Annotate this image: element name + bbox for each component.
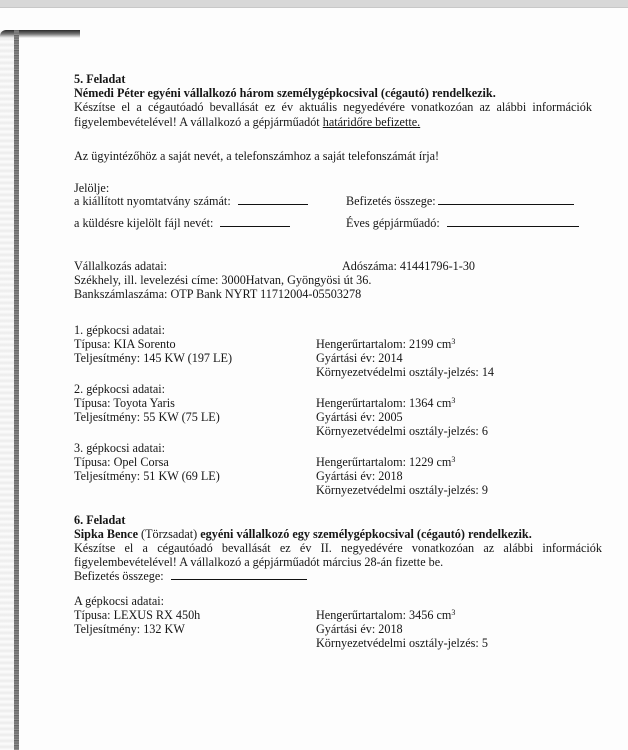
- company-bank-account: Bankszámlaszáma: OTP Bank NYRT 11712004-…: [74, 287, 361, 302]
- task6-payment-amount-blank[interactable]: [171, 569, 307, 580]
- task5-intro: Némedi Péter egyéni vállalkozó három sze…: [74, 86, 496, 101]
- car2-env-class: Környezetvédelmi osztály-jelzés: 6: [316, 424, 488, 439]
- annual-tax-field: Éves gépjárműadó:: [346, 216, 579, 231]
- car2-power: Teljesítmény: 55 KW (75 LE): [74, 410, 220, 425]
- car3-env-class: Környezetvédelmi osztály-jelzés: 9: [316, 483, 488, 498]
- car2-type: Típusa: Toyota Yaris: [74, 396, 175, 411]
- car3-title: 3. gépkocsi adatai:: [74, 441, 165, 456]
- form-number-blank[interactable]: [238, 194, 308, 205]
- car3-year: Gyártási év: 2018: [316, 469, 403, 484]
- scan-margin-noise: [0, 30, 14, 750]
- scan-corner-shadow: [0, 30, 80, 38]
- company-label: Vállalkozás adatai:: [74, 259, 167, 274]
- task6-instruction-line1: Készítse el a cégautóadó bevallását ez é…: [74, 541, 602, 556]
- task5-heading: 5. Feladat: [74, 72, 125, 87]
- car1-type: Típusa: KIA Sorento: [74, 337, 176, 352]
- payment-amount-blank[interactable]: [438, 194, 574, 205]
- task6-car-type: Típusa: LEXUS RX 450h: [74, 608, 200, 623]
- car1-power: Teljesítmény: 145 KW (197 LE): [74, 351, 232, 366]
- task6-car-year: Gyártási év: 2018: [316, 622, 403, 637]
- car2-title: 2. gépkocsi adatai:: [74, 382, 165, 397]
- task6-payment-amount-field: Befizetés összege:: [74, 569, 307, 584]
- annual-tax-blank[interactable]: [447, 216, 579, 227]
- form-number-field: a kiállított nyomtatvány számát:: [74, 194, 308, 209]
- file-name-field: a küldésre kijelölt fájl nevét:: [74, 216, 290, 231]
- car1-displacement: Hengerűrtartalom: 2199 cm3: [316, 337, 455, 352]
- car1-env-class: Környezetvédelmi osztály-jelzés: 14: [316, 365, 494, 380]
- car3-power: Teljesítmény: 51 KW (69 LE): [74, 469, 220, 484]
- car3-displacement: Hengerűrtartalom: 1229 cm3: [316, 455, 455, 470]
- task5-note: Az ügyintézőhöz a saját nevét, a telefon…: [74, 149, 439, 164]
- deadline-underlined: határidőre befizette.: [323, 115, 420, 129]
- scanned-page: 5. Feladat Némedi Péter egyéni vállalkoz…: [0, 8, 628, 750]
- task6-car-title: A gépkocsi adatai:: [74, 594, 164, 609]
- car1-year: Gyártási év: 2014: [316, 351, 403, 366]
- task5-instruction-line1: Készítse el a cégautóadó bevallását ez é…: [74, 100, 592, 115]
- task6-car-env-class: Környezetvédelmi osztály-jelzés: 5: [316, 636, 488, 651]
- payment-amount-field: Befizetés összege:: [346, 194, 574, 209]
- car1-title: 1. gépkocsi adatai:: [74, 323, 165, 338]
- car3-type: Típusa: Opel Corsa: [74, 455, 169, 470]
- file-name-blank[interactable]: [220, 216, 290, 227]
- task6-heading: 6. Feladat: [74, 513, 125, 528]
- company-tax-number: Adószáma: 41441796-1-30: [342, 259, 475, 274]
- task6-intro: Sipka Bence (Törzsadat) egyéni vállalkoz…: [74, 527, 532, 542]
- task5-instruction-line2: figyelembevételével! A vállalkozó a gépj…: [74, 115, 420, 130]
- task6-car-power: Teljesítmény: 132 KW: [74, 622, 185, 637]
- viewer-top-bar: [0, 0, 628, 8]
- scan-page-edge: [14, 30, 19, 750]
- task6-car-displacement: Hengerűrtartalom: 3456 cm3: [316, 608, 455, 623]
- car2-displacement: Hengerűrtartalom: 1364 cm3: [316, 396, 455, 411]
- task6-instruction-line2: figyelembevételével! A vállalkozó a gépj…: [74, 555, 443, 570]
- car2-year: Gyártási év: 2005: [316, 410, 403, 425]
- company-address: Székhely, ill. levelezési címe: 3000Hatv…: [74, 273, 371, 288]
